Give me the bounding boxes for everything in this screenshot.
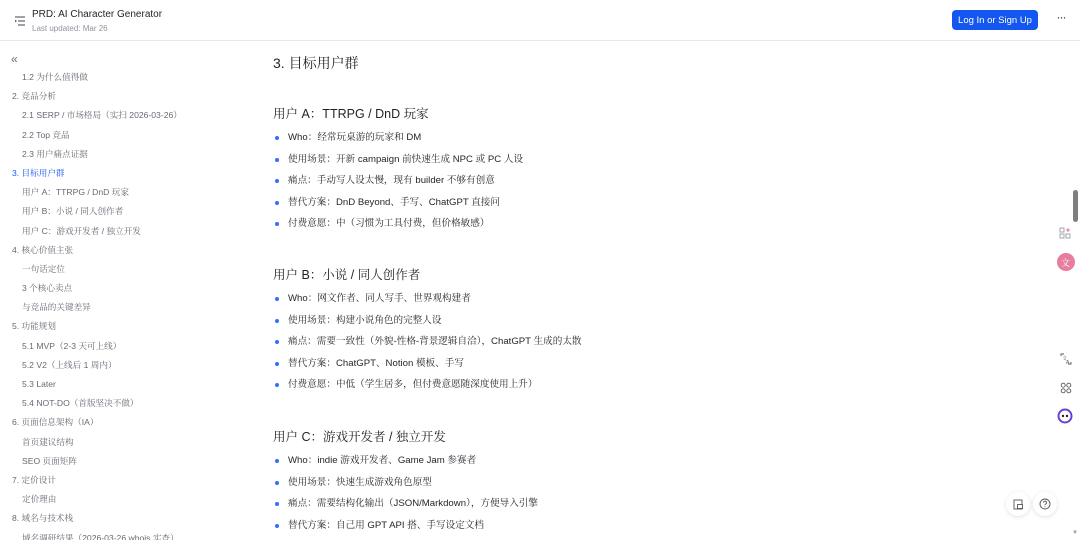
bullet-item: 痛点：需要结构化输出（JSON/Markdown），方便导入引擎 [273, 493, 1013, 515]
bullet-list: Who：经常玩桌游的玩家和 DM 使用场景：开新 campaign 前快速生成 … [273, 127, 1013, 235]
toc-item[interactable]: 5.1 MVP（2-3 天可上线） [0, 337, 230, 356]
bullet-icon [275, 362, 279, 366]
toc-item[interactable]: 5.4 NOT-DO（首版坚决不做） [0, 394, 230, 413]
subsection-heading: 用户 B：小说 / 同人创作者 [273, 264, 1013, 286]
toc-item[interactable]: 2.3 用户痛点证据 [0, 145, 230, 164]
top-bar: PRD: AI Character Generator Last updated… [0, 0, 1080, 41]
toc-item[interactable]: 定价理由 [0, 490, 230, 509]
help-icon[interactable] [1033, 492, 1057, 516]
document-content: 3. 目标用户群 用户 A：TTRPG / DnD 玩家 Who：经常玩桌游的玩… [273, 42, 1013, 540]
bullet-icon [275, 459, 279, 463]
bullet-item: 使用场景：开新 campaign 前快速生成 NPC 或 PC 人设 [273, 149, 1013, 171]
toc-item[interactable]: 3 个核心卖点 [0, 279, 230, 298]
bullet-icon [275, 481, 279, 485]
bullet-icon [275, 524, 279, 528]
bullet-item: 替代方案：DnD Beyond、手写、ChatGPT 直接问 [273, 192, 1013, 214]
bullet-icon [275, 158, 279, 162]
bullet-item: 痛点：手动写人设太慢，现有 builder 不够有创意 [273, 170, 1013, 192]
toc-item[interactable]: 2.1 SERP / 市场格局（实扫 2026-03-26） [0, 106, 230, 125]
toc-item[interactable]: 4. 核心价值主张 [0, 241, 230, 260]
subsection-heading: 用户 A：TTRPG / DnD 玩家 [273, 103, 1013, 125]
toc-item-active[interactable]: 3. 目标用户群 [0, 164, 230, 183]
user-section-c: 用户 C：游戏开发者 / 独立开发 Who：indie 游戏开发者、Game J… [273, 426, 1013, 536]
bullet-icon [275, 201, 279, 205]
document-icon[interactable] [1006, 492, 1030, 516]
document-title: PRD: AI Character Generator [32, 9, 162, 20]
scroll-down-arrow-icon[interactable]: ▼ [1072, 530, 1078, 536]
translate-icon[interactable]: 文A [1057, 350, 1075, 368]
login-signup-button[interactable]: Log In or Sign Up [952, 10, 1038, 30]
toc-item[interactable]: 2. 竞品分析 [0, 87, 230, 106]
bullet-icon [275, 136, 279, 140]
toc-item[interactable]: 8. 域名与技术栈 [0, 509, 230, 528]
sidebar-toc: « 1.2 为什么值得做 2. 竞品分析 2.1 SERP / 市场格局（实扫 … [0, 42, 230, 540]
bullet-item: Who：indie 游戏开发者、Game Jam 参赛者 [273, 450, 1013, 472]
user-section-a: 用户 A：TTRPG / DnD 玩家 Who：经常玩桌游的玩家和 DM 使用场… [273, 103, 1013, 235]
toc-item[interactable]: 1.2 为什么值得做 [0, 68, 230, 87]
toc-item[interactable]: 2.2 Top 竞品 [0, 126, 230, 145]
svg-text:A: A [1066, 360, 1070, 365]
bullet-item: 使用场景：快速生成游戏角色原型 [273, 472, 1013, 494]
toc-item[interactable]: 用户 A：TTRPG / DnD 玩家 [0, 183, 230, 202]
toc-item[interactable]: 一句话定位 [0, 260, 230, 279]
bullet-item: 替代方案：ChatGPT、Notion 模板、手写 [273, 353, 1013, 375]
toc-item[interactable]: 5.2 V2（上线后 1 周内） [0, 356, 230, 375]
bullet-icon [275, 297, 279, 301]
translate-avatar-icon[interactable]: 文 [1057, 253, 1075, 271]
bullet-list: Who：indie 游戏开发者、Game Jam 参赛者 使用场景：快速生成游戏… [273, 450, 1013, 536]
last-updated: Last updated: Mar 26 [32, 24, 108, 33]
toc-item[interactable]: 7. 定价设计 [0, 471, 230, 490]
svg-text:文: 文 [1061, 257, 1070, 268]
apps-add-icon[interactable] [1056, 224, 1074, 242]
bullet-item: 替代方案：自己用 GPT API 搭、手写设定文档 [273, 515, 1013, 537]
toc-item[interactable]: 首页建议结构 [0, 433, 230, 452]
bullet-icon [275, 502, 279, 506]
toc-list: 1.2 为什么值得做 2. 竞品分析 2.1 SERP / 市场格局（实扫 20… [0, 68, 230, 540]
toc-item[interactable]: 5. 功能规划 [0, 317, 230, 336]
toc-item[interactable]: 6. 页面信息架构（IA） [0, 413, 230, 432]
assistant-icon[interactable] [1056, 407, 1074, 425]
bullet-item: Who：经常玩桌游的玩家和 DM [273, 127, 1013, 149]
toc-item[interactable]: 用户 B：小说 / 同人创作者 [0, 202, 230, 221]
collapse-sidebar-icon[interactable]: « [11, 53, 18, 65]
toc-toggle-icon[interactable] [14, 14, 26, 26]
toc-item[interactable]: 域名调研结果（2026-03-26 whois 实查） [0, 529, 230, 540]
bullet-item: 付费意愿：中低（学生居多，但付费意愿随深度使用上升） [273, 374, 1013, 396]
toc-item[interactable]: 与竞品的关键差异 [0, 298, 230, 317]
subsection-heading: 用户 C：游戏开发者 / 独立开发 [273, 426, 1013, 448]
section-heading: 3. 目标用户群 [273, 53, 359, 73]
bullet-icon [275, 340, 279, 344]
bullet-item: 使用场景：构建小说角色的完整人设 [273, 310, 1013, 332]
bullet-list: Who：网文作者、同人写手、世界观构建者 使用场景：构建小说角色的完整人设 痛点… [273, 288, 1013, 396]
toc-item[interactable]: 5.3 Later [0, 375, 230, 394]
bullet-icon [275, 383, 279, 387]
user-section-b: 用户 B：小说 / 同人创作者 Who：网文作者、同人写手、世界观构建者 使用场… [273, 264, 1013, 396]
more-options-icon[interactable]: ··· [1053, 12, 1069, 26]
bullet-icon [275, 319, 279, 323]
scrollbar-track[interactable] [1071, 42, 1080, 540]
bullet-item: Who：网文作者、同人写手、世界观构建者 [273, 288, 1013, 310]
bullet-icon [275, 179, 279, 183]
toc-item[interactable]: SEO 页面矩阵 [0, 452, 230, 471]
bullet-icon [275, 222, 279, 226]
grid-icon[interactable] [1057, 379, 1075, 397]
bullet-item: 付费意愿：中（习惯为工具付费，但价格敏感） [273, 213, 1013, 235]
toc-item[interactable]: 用户 C：游戏开发者 / 独立开发 [0, 222, 230, 241]
scrollbar-thumb[interactable] [1073, 190, 1078, 222]
bullet-item: 痛点：需要一致性（外貌-性格-背景逻辑自洽），ChatGPT 生成的太散 [273, 331, 1013, 353]
